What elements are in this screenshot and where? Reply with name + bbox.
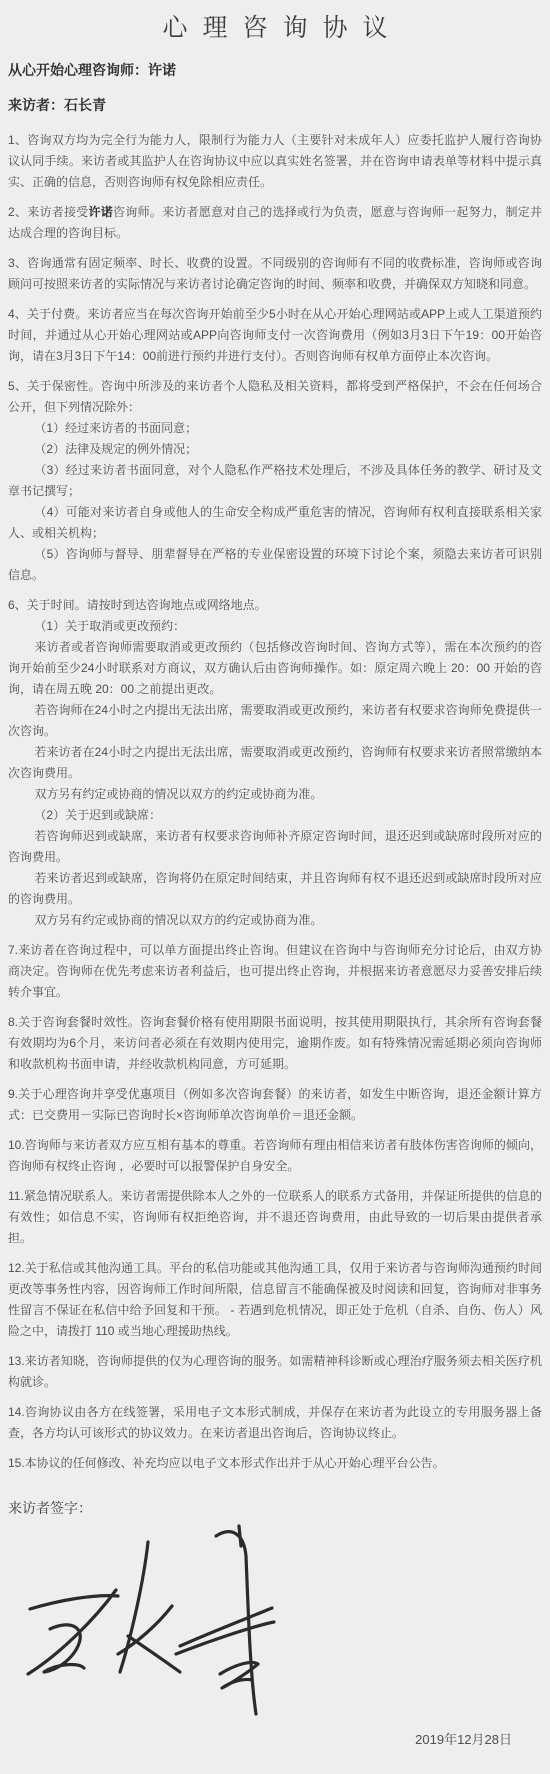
- paragraph-text: 5、关于保密性。咨询中所涉及的来访者个人隐私及相关资料，都将受到严格保护，不会在…: [8, 379, 542, 414]
- paragraph-text: 若咨询师在24小时之内提出无法出席，需要取消或更改预约，来访者有权要求咨询师免费…: [8, 703, 542, 738]
- agreement-subparagraph: 若咨询师迟到或缺席，来访者有权要求咨询师补齐原定咨询时间，退还迟到或缺席时段所对…: [8, 826, 542, 868]
- agreement-subparagraph: 双方另有约定或协商的情况以双方的约定或协商为准。: [8, 784, 542, 805]
- agreement-body: 1、咨询双方均为完全行为能力人，限制行为能力人（主要针对未成年人）应委托监护人履…: [8, 130, 542, 1474]
- paragraph-text: 若来访者迟到或缺席，咨询将仍在原定时间结束，并且咨询师有权不退还迟到或缺席时段所…: [8, 871, 542, 906]
- paragraph-text: 4、关于付费。来访者应当在每次咨询开始前至少5小时在从心开始心理网站或APP上或…: [8, 307, 542, 363]
- paragraph-text: （1）经过来访者的书面同意；: [34, 421, 197, 435]
- agreement-paragraph: 5、关于保密性。咨询中所涉及的来访者个人隐私及相关资料，都将受到严格保护，不会在…: [8, 376, 542, 418]
- agreement-subparagraph: 若咨询师在24小时之内提出无法出席，需要取消或更改预约，来访者有权要求咨询师免费…: [8, 700, 542, 742]
- agreement-subparagraph: 若来访者在24小时之内提出无法出席，需要取消或更改预约，咨询师有权要求来访者照常…: [8, 742, 542, 784]
- paragraph-text: 14.咨询协议由各方在线签署，采用电子文本形式制成，并保存在来访者为此设立的专用…: [8, 1405, 542, 1440]
- agreement-subparagraph: 若来访者迟到或缺席，咨询将仍在原定时间结束，并且咨询师有权不退还迟到或缺席时段所…: [8, 868, 542, 910]
- paragraph-text: 2、来访者接受: [8, 205, 89, 219]
- agreement-paragraph: 8.关于咨询套餐时效性。咨询套餐价格有使用期限书面说明，按其使用期限执行，其余所…: [8, 1012, 542, 1075]
- signature-label: 来访者签字：: [8, 1498, 542, 1518]
- counselor-line: 从心开始心理咨询师：许诺: [8, 60, 542, 80]
- agreement-subparagraph: （2）关于迟到或缺席：: [8, 805, 542, 826]
- paragraph-text: （1）关于取消或更改预约：: [34, 619, 185, 633]
- agreement-paragraph: 12.关于私信或其他沟通工具。平台的私信功能或其他沟通工具，仅用于来访者与咨询师…: [8, 1258, 542, 1342]
- agreement-paragraph: 15.本协议的任何修改、补充均应以电子文本形式作出并于从心开始心理平台公告。: [8, 1453, 542, 1474]
- paragraph-text: 11.紧急情况联系人。来访者需提供除本人之外的一位联系人的联系方式备用，并保证所…: [8, 1189, 542, 1245]
- paragraph-text: 15.本协议的任何修改、补充均应以电子文本形式作出并于从心开始心理平台公告。: [8, 1456, 445, 1470]
- paragraph-text: 8.关于咨询套餐时效性。咨询套餐价格有使用期限书面说明，按其使用期限执行，其余所…: [8, 1015, 542, 1071]
- paragraph-text: 3、咨询通常有固定频率、时长、收费的设置。不同级别的咨询师有不同的收费标准，咨询…: [8, 256, 542, 291]
- paragraph-text: 若来访者在24小时之内提出无法出席，需要取消或更改预约，咨询师有权要求来访者照常…: [8, 745, 542, 780]
- counselor-name-emphasis: 许诺: [89, 205, 114, 219]
- paragraph-text: 1、咨询双方均为完全行为能力人，限制行为能力人（主要针对未成年人）应委托监护人履…: [8, 133, 542, 189]
- agreement-paragraph: 13.来访者知晓，咨询师提供的仅为心理咨询的服务。如需精神科诊断或心理治疗服务须…: [8, 1351, 542, 1393]
- paragraph-text: （2）关于迟到或缺席：: [34, 808, 161, 822]
- agreement-subparagraph: （4）可能对来访者自身或他人的生命安全构成严重危害的情况，咨询师有权利直接联系相…: [8, 502, 542, 544]
- paragraph-text: （4）可能对来访者自身或他人的生命安全构成严重危害的情况，咨询师有权利直接联系相…: [8, 505, 542, 540]
- paragraph-text: 7.来访者在咨询过程中，可以单方面提出终止咨询。但建议在咨询中与咨询师充分讨论后…: [8, 943, 542, 999]
- agreement-paragraph: 4、关于付费。来访者应当在每次咨询开始前至少5小时在从心开始心理网站或APP上或…: [8, 304, 542, 367]
- signature-date: 2019年12月28日: [8, 1729, 542, 1748]
- agreement-subparagraph: 双方另有约定或协商的情况以双方的约定或协商为准。: [8, 910, 542, 931]
- visitor-signature-image: [20, 1524, 290, 1719]
- paragraph-text: 13.来访者知晓，咨询师提供的仅为心理咨询的服务。如需精神科诊断或心理治疗服务须…: [8, 1354, 542, 1389]
- paragraph-text: 双方另有约定或协商的情况以双方的约定或协商为准。: [34, 913, 322, 927]
- paragraph-text: （5）咨询师与督导、朋辈督导在严格的专业保密设置的环境下讨论个案，须隐去来访者可…: [8, 547, 542, 582]
- agreement-paragraph: 3、咨询通常有固定频率、时长、收费的设置。不同级别的咨询师有不同的收费标准，咨询…: [8, 253, 542, 295]
- paragraph-text: 来访者或者咨询师需要取消或更改预约（包括修改咨询时间、咨询方式等），需在本次预约…: [8, 640, 542, 696]
- agreement-subparagraph: 来访者或者咨询师需要取消或更改预约（包括修改咨询时间、咨询方式等），需在本次预约…: [8, 637, 542, 700]
- agreement-paragraph: 14.咨询协议由各方在线签署，采用电子文本形式制成，并保存在来访者为此设立的专用…: [8, 1402, 542, 1444]
- agreement-subparagraph: （1）关于取消或更改预约：: [8, 616, 542, 637]
- agreement-paragraph: 2、来访者接受许诺咨询师。来访者愿意对自己的选择或行为负责，愿意与咨询师一起努力…: [8, 202, 542, 244]
- paragraph-text: 双方另有约定或协商的情况以双方的约定或协商为准。: [34, 787, 322, 801]
- agreement-document: 心理咨询协议 从心开始心理咨询师：许诺 来访者：石长青 1、咨询双方均为完全行为…: [0, 8, 550, 1748]
- agreement-paragraph: 1、咨询双方均为完全行为能力人，限制行为能力人（主要针对未成年人）应委托监护人履…: [8, 130, 542, 193]
- agreement-paragraph: 6、关于时间。请按时到达咨询地点或网络地点。: [8, 595, 542, 616]
- paragraph-text: 9.关于心理咨询并享受优惠项目（例如多次咨询套餐）的来访者，如发生中断咨询，退还…: [8, 1087, 542, 1122]
- paragraph-text: 若咨询师迟到或缺席，来访者有权要求咨询师补齐原定咨询时间，退还迟到或缺席时段所对…: [8, 829, 542, 864]
- visitor-line: 来访者：石长青: [8, 95, 542, 115]
- agreement-subparagraph: （1）经过来访者的书面同意；: [8, 418, 542, 439]
- agreement-paragraph: 11.紧急情况联系人。来访者需提供除本人之外的一位联系人的联系方式备用，并保证所…: [8, 1186, 542, 1249]
- agreement-subparagraph: （2）法律及规定的例外情况；: [8, 439, 542, 460]
- agreement-paragraph: 10.咨询师与来访者双方应互相有基本的尊重。若咨询师有理由相信来访者有肢体伤害咨…: [8, 1135, 542, 1177]
- agreement-paragraph: 7.来访者在咨询过程中，可以单方面提出终止咨询。但建议在咨询中与咨询师充分讨论后…: [8, 940, 542, 1003]
- agreement-subparagraph: （5）咨询师与督导、朋辈督导在严格的专业保密设置的环境下讨论个案，须隐去来访者可…: [8, 544, 542, 586]
- page-title: 心理咨询协议: [8, 8, 542, 44]
- agreement-paragraph: 9.关于心理咨询并享受优惠项目（例如多次咨询套餐）的来访者，如发生中断咨询，退还…: [8, 1084, 542, 1126]
- paragraph-text: （2）法律及规定的例外情况；: [34, 442, 197, 456]
- agreement-subparagraph: （3）经过来访者书面同意，对个人隐私作严格技术处理后，不涉及具体任务的教学、研讨…: [8, 460, 542, 502]
- paragraph-text: 6、关于时间。请按时到达咨询地点或网络地点。: [8, 598, 267, 612]
- paragraph-text: （3）经过来访者书面同意，对个人隐私作严格技术处理后，不涉及具体任务的教学、研讨…: [8, 463, 542, 498]
- paragraph-text: 10.咨询师与来访者双方应互相有基本的尊重。若咨询师有理由相信来访者有肢体伤害咨…: [8, 1138, 542, 1173]
- paragraph-text: 12.关于私信或其他沟通工具。平台的私信功能或其他沟通工具，仅用于来访者与咨询师…: [8, 1261, 542, 1338]
